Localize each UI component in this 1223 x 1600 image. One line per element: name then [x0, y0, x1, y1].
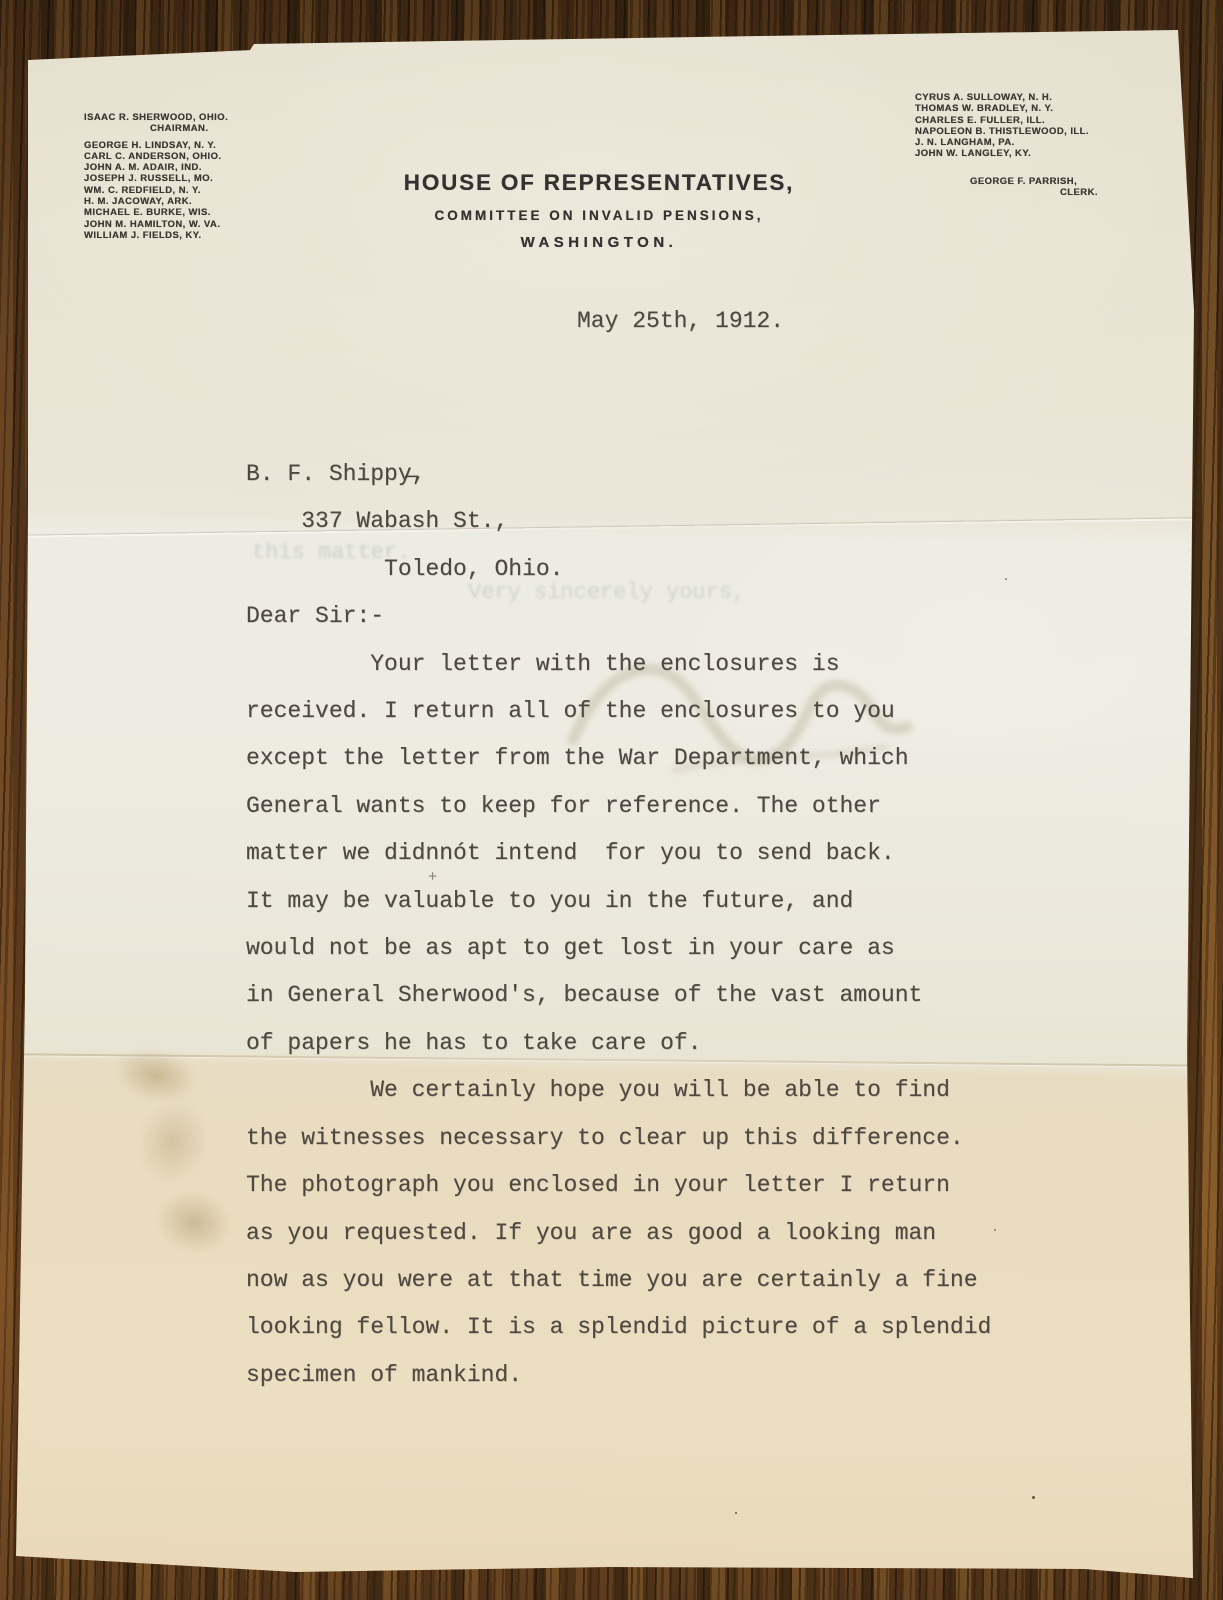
committee-member: H. M. JACOWAY, ARK. — [84, 196, 262, 207]
committee-member: THOMAS W. BRADLEY, N. Y. — [915, 103, 1115, 114]
committee-member: WILLIAM J. FIELDS, KY. — [84, 230, 262, 241]
recipient-city: Toledo, Ohio. — [246, 546, 1046, 593]
chairman-title: CHAIRMAN. — [84, 123, 262, 134]
committee-member: JOSEPH J. RUSSELL, MO. — [84, 173, 262, 184]
paragraph-1: Your letter with the enclosures is recei… — [246, 641, 1046, 1068]
letterhead-subtitle: COMMITTEE ON INVALID PENSIONS, — [339, 208, 859, 223]
committee-member: WM. C. REDFIELD, N. Y. — [84, 185, 262, 196]
committee-members-left: ISAAC R. SHERWOOD, OHIO. CHAIRMAN. GEORG… — [84, 112, 262, 241]
letter-content: ISAAC R. SHERWOOD, OHIO. CHAIRMAN. GEORG… — [0, 0, 1223, 1600]
clerk-title: CLERK. — [970, 187, 1100, 198]
salutation: Dear Sir:- — [246, 593, 1046, 640]
committee-members-right: CYRUS A. SULLOWAY, N. H. THOMAS W. BRADL… — [915, 92, 1115, 160]
recipient-name: B. F. Shippy̶, — [246, 451, 1046, 498]
committee-member: NAPOLEON B. THISTLEWOOD, ILL. — [915, 126, 1115, 137]
committee-member: CYRUS A. SULLOWAY, N. H. — [915, 92, 1115, 103]
letterhead-heading: HOUSE OF REPRESENTATIVES, COMMITTEE ON I… — [339, 170, 859, 251]
letterhead-city: WASHINGTON. — [339, 234, 859, 251]
stray-typed-mark: + — [428, 869, 437, 886]
committee-member: CHARLES E. FULLER, ILL. — [915, 115, 1115, 126]
paragraph-2: We certainly hope you will be able to fi… — [246, 1067, 1046, 1399]
clerk-name: GEORGE F. PARRISH, — [970, 176, 1100, 187]
committee-member: J. N. LANGHAM, PA. — [915, 137, 1115, 148]
committee-member: CARL C. ANDERSON, OHIO. — [84, 151, 262, 162]
chairman-name: ISAAC R. SHERWOOD, OHIO. — [84, 112, 262, 123]
letter-date: May 25th, 1912. — [577, 308, 784, 334]
clerk-block: GEORGE F. PARRISH, CLERK. — [970, 176, 1100, 199]
committee-member: MICHAEL E. BURKE, WIS. — [84, 207, 262, 218]
typed-letter-body: B. F. Shippy̶, 337 Wabash St., Toledo, O… — [246, 451, 1046, 1399]
letterhead-title: HOUSE OF REPRESENTATIVES, — [339, 170, 859, 196]
committee-member: JOHN W. LANGLEY, KY. — [915, 148, 1115, 159]
photo-of-letter: this matter. Very sincerely yours, ISAAC… — [0, 0, 1223, 1600]
committee-member: JOHN M. HAMILTON, W. VA. — [84, 219, 262, 230]
committee-member: JOHN A. M. ADAIR, IND. — [84, 162, 262, 173]
recipient-street: 337 Wabash St., — [246, 498, 1046, 545]
committee-member: GEORGE H. LINDSAY, N. Y. — [84, 140, 262, 151]
